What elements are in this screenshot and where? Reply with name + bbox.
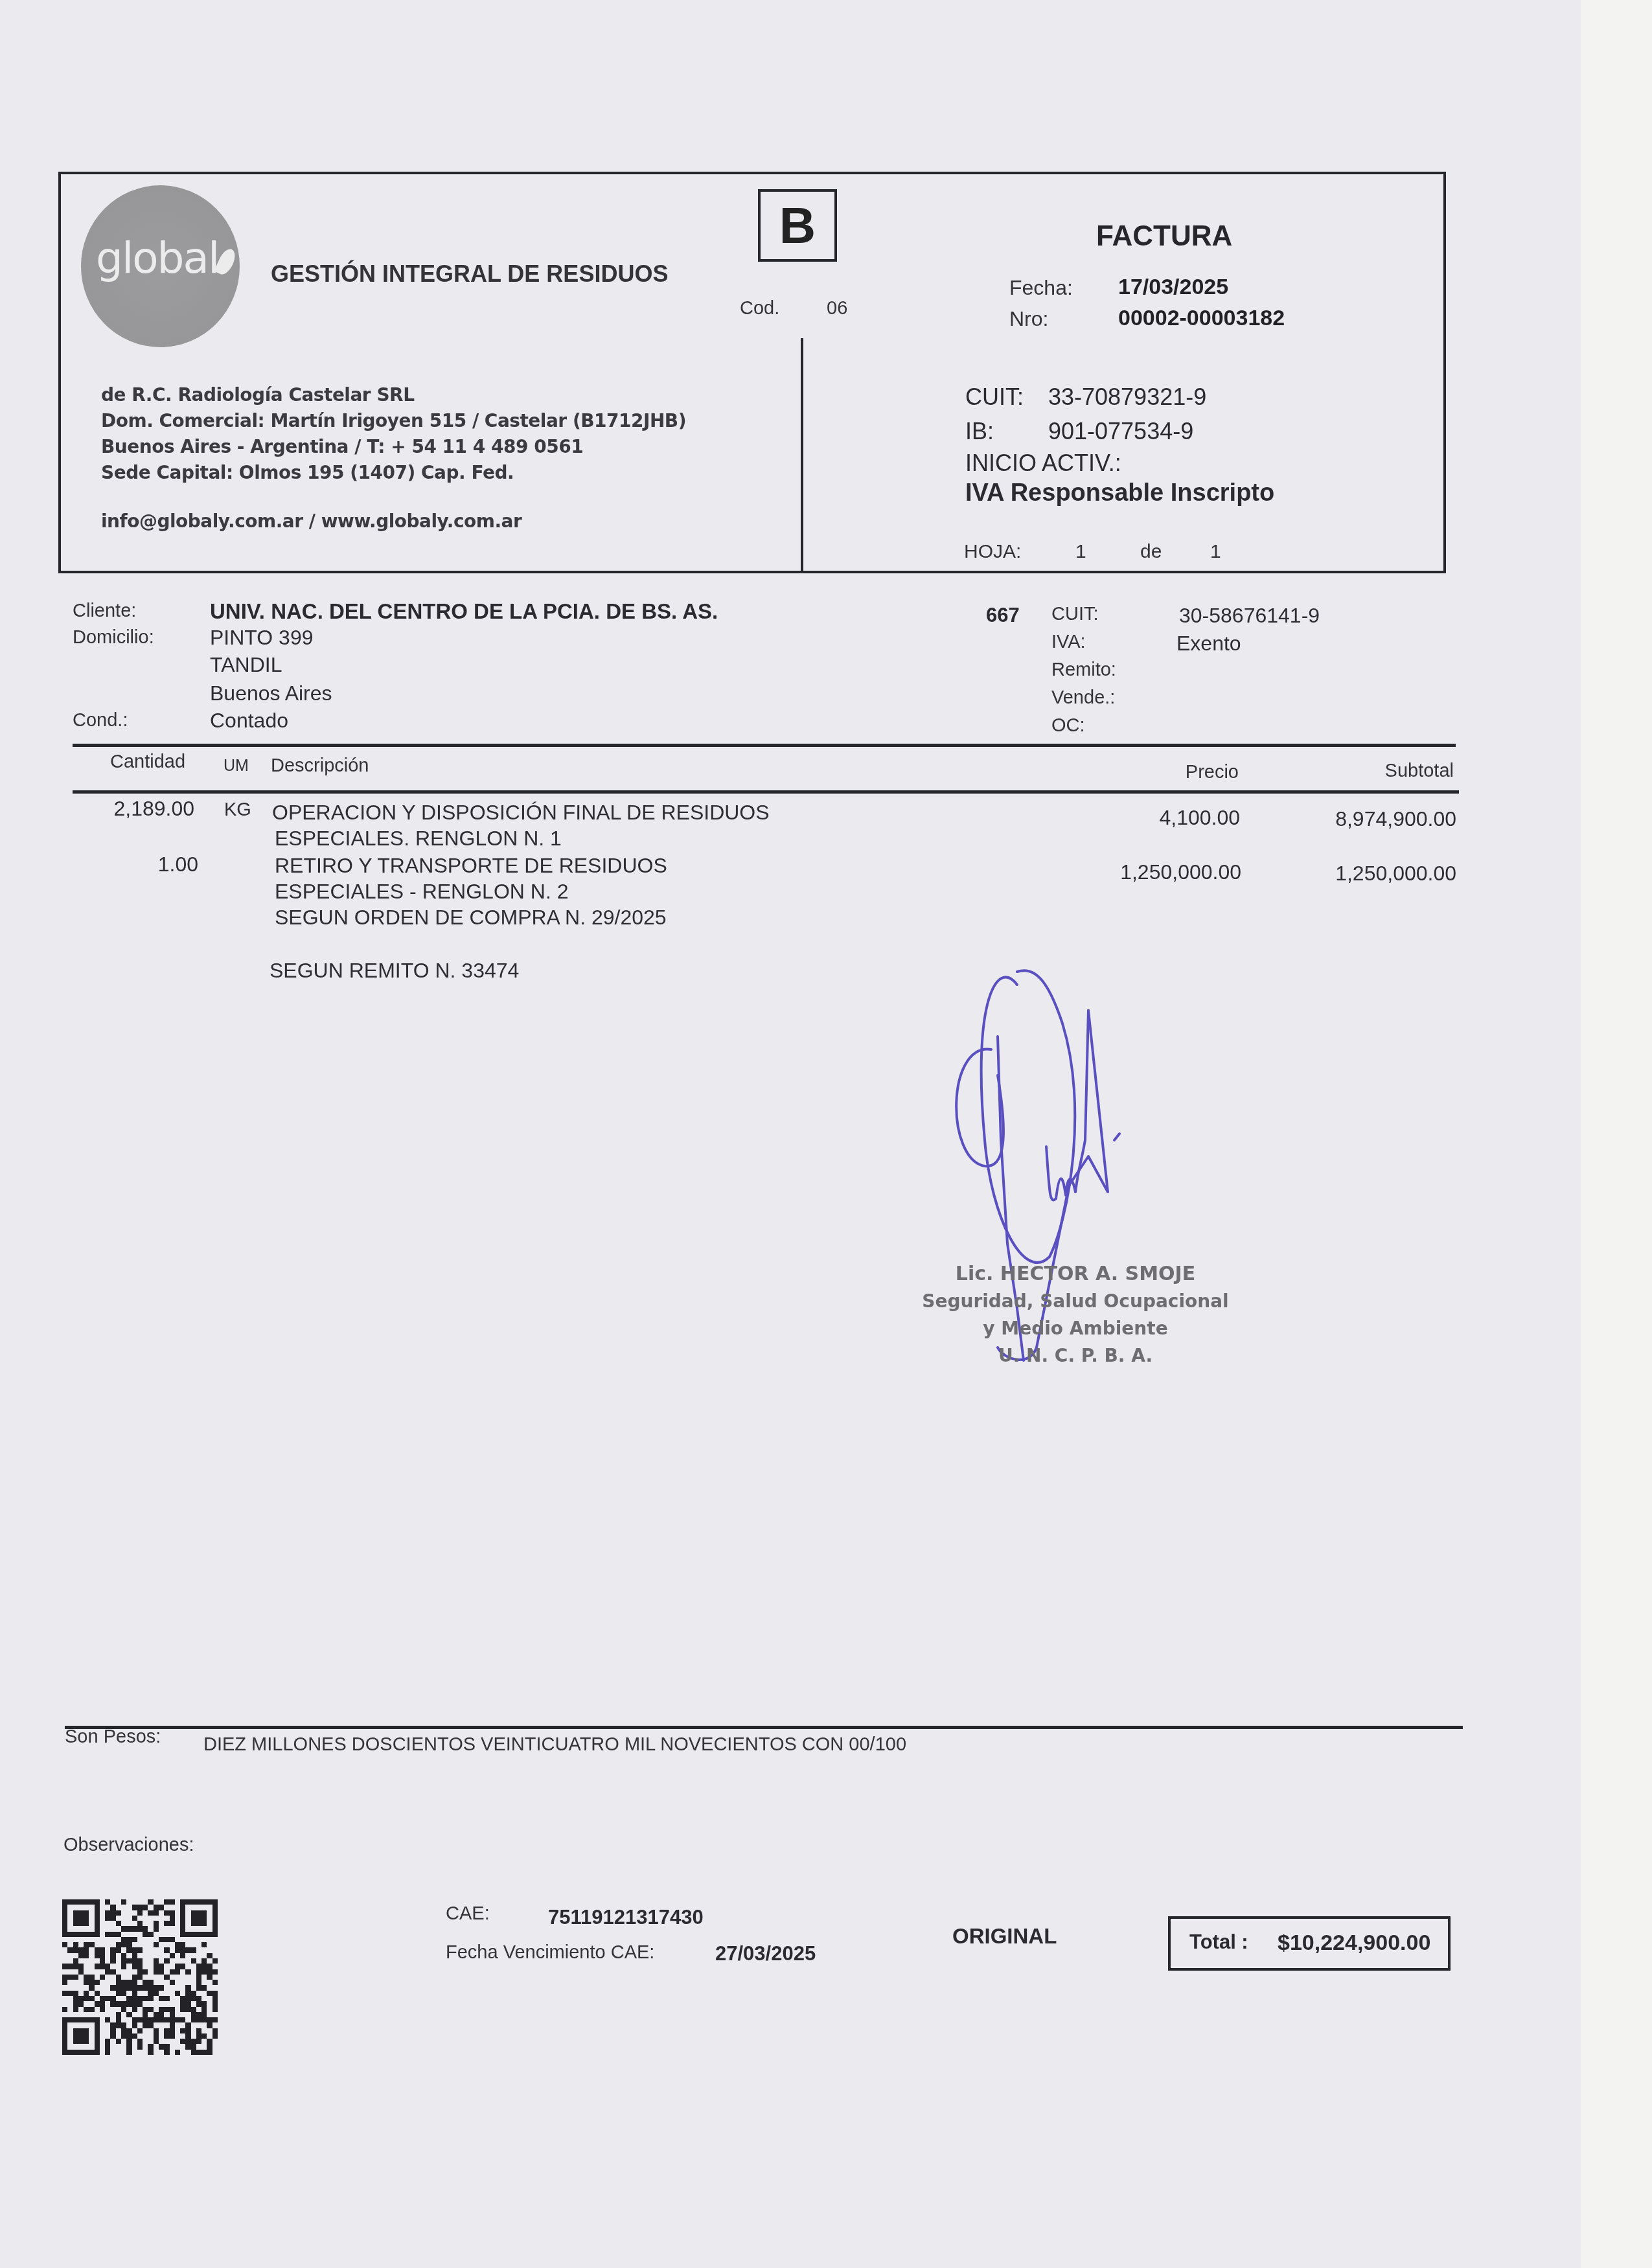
observaciones-label: Observaciones:	[63, 1835, 194, 1856]
client-cuit-label: CUIT:	[1051, 604, 1099, 625]
copy-label: ORIGINAL	[952, 1924, 1057, 1949]
issuer-ib-value: 901-077534-9	[1048, 418, 1193, 445]
stamp-line: U. N. C. P. B. A.	[907, 1342, 1244, 1369]
col-header-um: UM	[224, 757, 249, 775]
col-header-precio: Precio	[1101, 762, 1239, 783]
row-descripcion: ESPECIALES - RENGLON N. 2	[275, 880, 568, 904]
row-cantidad: 1.00	[78, 853, 198, 876]
table-header-rule	[73, 790, 1459, 794]
address-line: PINTO 399	[210, 626, 313, 650]
issuer-line: Sede Capital: Olmos 195 (1407) Cap. Fed.	[101, 460, 686, 486]
stamp-line: Seguridad, Salud Ocupacional	[907, 1288, 1244, 1315]
row-descripcion: RETIRO Y TRANSPORTE DE RESIDUOS	[275, 854, 667, 878]
invoice-letter-box: B	[758, 189, 837, 262]
signature-stamp: Lic. HECTOR A. SMOJE Seguridad, Salud Oc…	[907, 1261, 1244, 1369]
client-code: 667	[986, 604, 1020, 627]
nro-value: 00002-00003182	[1118, 306, 1285, 331]
vencimiento-cae-label: Fecha Vencimiento CAE:	[446, 1942, 654, 1964]
issuer-ib-label: IB:	[965, 418, 994, 445]
client-cuit-value: 30-58676141-9	[1179, 604, 1320, 628]
cliente-value: UNIV. NAC. DEL CENTRO DE LA PCIA. DE BS.…	[210, 599, 718, 624]
col-header-cantidad: Cantidad	[110, 751, 185, 773]
cae-label: CAE:	[446, 1903, 490, 1925]
cod-value: 06	[827, 298, 847, 319]
footer-rule	[65, 1726, 1463, 1729]
domicilio-label: Domicilio:	[73, 627, 154, 648]
row-um: KG	[224, 799, 251, 821]
row-precio: 4,100.00	[1037, 806, 1240, 830]
col-header-subtotal: Subtotal	[1296, 761, 1454, 782]
inicio-activ-label: INICIO ACTIV.:	[965, 450, 1121, 477]
total-value: $10,224,900.00	[1278, 1930, 1430, 1956]
fecha-value: 17/03/2025	[1118, 275, 1228, 300]
total-label: Total :	[1189, 1930, 1248, 1954]
row-subtotal: 8,974,900.00	[1250, 807, 1456, 831]
son-pesos-value: DIEZ MILLONES DOSCIENTOS VEINTICUATRO MI…	[203, 1734, 906, 1756]
issuer-line: de R.C. Radiología Castelar SRL	[101, 382, 686, 408]
issuer-line: Dom. Comercial: Martín Irigoyen 515 / Ca…	[101, 408, 686, 434]
cond-label: Cond.:	[73, 710, 128, 731]
document-title: FACTURA	[1096, 220, 1232, 253]
client-iva-label: IVA:	[1051, 632, 1086, 653]
cliente-label: Cliente:	[73, 601, 136, 622]
issuer-contact: info@globaly.com.ar / www.globaly.com.ar	[101, 509, 686, 534]
nro-label: Nro:	[1009, 307, 1048, 331]
row-subtotal: 1,250,000.00	[1250, 862, 1456, 886]
row-descripcion: ESPECIALES. RENGLON N. 1	[275, 827, 562, 851]
hoja-label: HOJA:	[964, 541, 1021, 563]
cond-value: Contado	[210, 709, 288, 733]
stamp-line: Lic. HECTOR A. SMOJE	[907, 1261, 1244, 1288]
issuer-info: de R.C. Radiología Castelar SRL Dom. Com…	[101, 382, 686, 534]
vencimiento-cae-value: 27/03/2025	[715, 1942, 816, 1965]
cae-value: 75119121317430	[548, 1906, 704, 1929]
header-divider	[801, 338, 803, 573]
row-descripcion: OPERACION Y DISPOSICIÓN FINAL DE RESIDUO…	[272, 801, 770, 825]
hoja-total: 1	[1210, 541, 1221, 563]
qr-code-icon	[62, 1899, 218, 2055]
issuer-cuit-label: CUIT:	[965, 384, 1024, 411]
address-line: Buenos Aires	[210, 682, 332, 705]
logo-text: global	[96, 233, 218, 283]
address-line: TANDIL	[210, 653, 282, 677]
hoja-de: de	[1140, 541, 1162, 563]
iva-condition: IVA Responsable Inscripto	[965, 479, 1274, 507]
client-iva-value: Exento	[1176, 632, 1241, 656]
issuer-line: Buenos Aires - Argentina / T: + 54 11 4 …	[101, 434, 686, 460]
scan-edge-strip	[1581, 0, 1652, 2268]
remito-label: Remito:	[1051, 659, 1116, 681]
oc-label: OC:	[1051, 715, 1085, 737]
remito-note: SEGUN REMITO N. 33474	[270, 959, 519, 983]
fecha-label: Fecha:	[1009, 276, 1073, 300]
company-tagline: GESTIÓN INTEGRAL DE RESIDUOS	[271, 260, 668, 288]
row-descripcion: SEGUN ORDEN DE COMPRA N. 29/2025	[275, 906, 667, 930]
stamp-line: y Medio Ambiente	[907, 1315, 1244, 1342]
row-cantidad: 2,189.00	[78, 797, 194, 821]
row-precio: 1,250,000.00	[1037, 860, 1241, 884]
son-pesos-label: Son Pesos:	[65, 1726, 161, 1748]
col-header-descripcion: Descripción	[271, 755, 369, 777]
cod-label: Cod.	[740, 298, 779, 319]
issuer-cuit-value: 33-70879321-9	[1048, 384, 1206, 411]
table-top-rule	[73, 744, 1456, 747]
hoja-current: 1	[1075, 541, 1086, 563]
vende-label: Vende.:	[1051, 687, 1115, 709]
